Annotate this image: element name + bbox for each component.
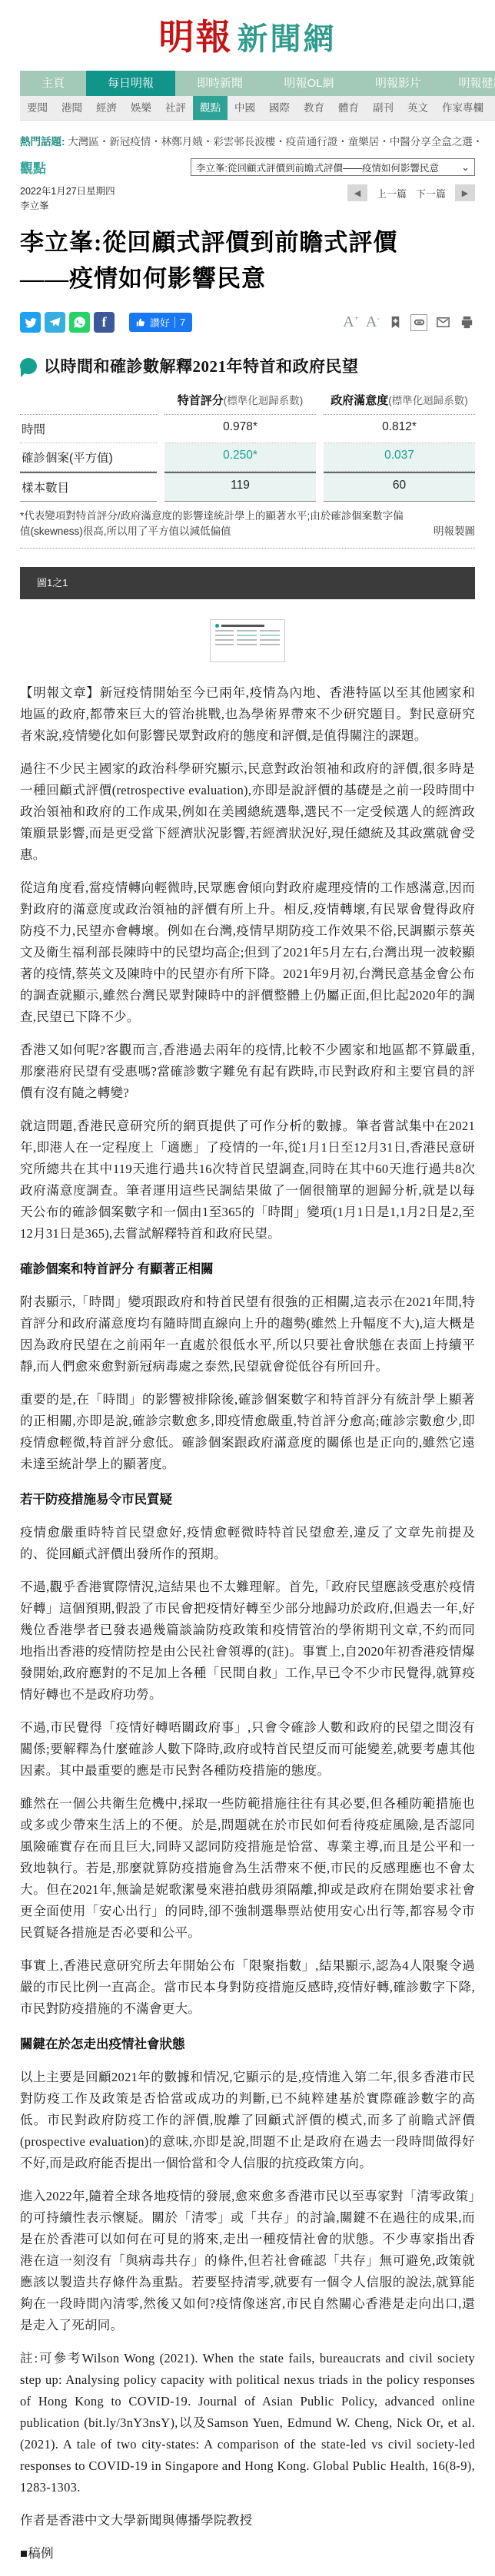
paragraph: 就這問題,香港民意研究所的網頁提供了可作分析的數據。筆者嘗試集中在2021年,即… [20,1116,475,1245]
print-button[interactable] [458,314,475,331]
figure-caption-bar: 圖1之1 [20,567,475,599]
main-nav: 主頁 每日明報 即時新聞 明報OL網 明報影片 明報健康網 [20,71,495,96]
paragraph: 疫情愈嚴重時特首民望愈好,疫情愈輕微時特首民望愈差,違反了文章先前提及的、從回顧… [20,1522,475,1565]
font-decrease-button[interactable]: A- [366,313,380,331]
hot-topics-links[interactable]: 大灣區・新冠疫情・林鄭月娥・彩雲邨長波樓・疫苗通行證・童樂居・中醫分享全盒之選・… [68,136,481,148]
headline-line2: ——疫情如何影響民意 [20,260,475,297]
nav-item-video[interactable]: 明報影片 [354,71,443,96]
hot-topics-label: 熱門話題: [20,136,65,148]
subheading-measures-doubt: 若干防疫措施易令市民質疑 [20,1489,475,1510]
article-select-value: 李立峯:從回顧式評價到前瞻式評價——疫情如何影響民意 [196,161,439,174]
cell-cases-gov: 0.037 [324,443,475,472]
section-title: 觀點 [20,157,46,177]
thumbs-up-icon [136,317,146,327]
cell-cases-ce: 0.250* [164,443,316,472]
subnav-item-editorial[interactable]: 社評 [158,96,193,120]
article-headline: 李立峯:從回顧式評價到前瞻式評價 ——疫情如何影響民意 [20,224,475,297]
paragraph: 重要的是,在「時間」的影響被排除後,確診個案數字和特首評分有統計學上顯著的正相關… [20,1389,475,1475]
subheading-positive-correlation: 確診個案和特首評分 有顯著正相關 [20,1258,475,1280]
paragraph: 【明報文章】新冠疫情開始至今已兩年,疫情為內地、香港特區以至其他國家和地區的政府… [20,682,475,747]
subnav-item-supplement[interactable]: 副刊 [366,96,400,120]
whatsapp-icon [73,316,86,329]
subnav-item-china[interactable]: 中國 [228,96,262,120]
footnote-text: *代表變項對特首評分/政府滿意度的影響達統計學上的顯著水平;由於確診個案數字偏值… [20,509,411,539]
article-tools: A+ A- [343,313,475,331]
cell-time-ce: 0.978* [164,415,316,443]
facebook-share-button[interactable]: f [94,312,115,333]
paragraph: 香港又如何呢?客觀而言,香港過去兩年的疫情,比較不少國家和地區都不算嚴重,那麼港… [20,1039,475,1104]
telegram-share-button[interactable] [45,312,65,333]
nav-item-health[interactable]: 明報健康網 [443,71,495,96]
meta-row: 2022年1月27日星期四 李立峯 ◀ 上一篇 下一篇 ▶ [20,184,475,214]
article-date: 2022年1月27日星期四 [20,184,115,199]
paragraph: 從這角度看,當疫情轉向輕微時,民眾應會傾向對政府處理疫情的工作感滿意,因而對政府… [20,877,475,1028]
figure-title-row: 以時間和確診數解釋2021年特首和政府民望 [20,354,475,377]
subheading-exit-pandemic-state: 關鍵在於怎走出疫情社會狀態 [20,2034,475,2055]
author-byline: 作者是香港中文大學新聞與傳播學院教授 [20,2510,475,2531]
paragraph: 過往不少民主國家的政治科學研究顯示,民意對政治領袖和政府的評價,很多時是一種回顧… [20,758,475,866]
figure-thumbnail[interactable] [210,619,285,662]
nav-item-ol-net[interactable]: 明報OL網 [264,71,354,96]
figure-caption-label: 圖1之1 [37,577,68,588]
thumbnail-title-row [215,624,280,628]
cell-sample-gov: 60 [324,472,475,502]
share-row: f 讚好 7 A+ A- [20,312,475,333]
cell-sample-ce: 119 [164,472,316,502]
like-count: 7 [174,317,185,328]
speech-bubble-icon [20,358,37,374]
paragraph: 不過,觀乎香港實際情況,這結果也不太難理解。首先,「政府民望應該受惠於疫情好轉」… [20,1576,475,1706]
end-mark: ■稿例 [20,2543,475,2564]
twitter-icon [24,316,37,329]
copy-link-button[interactable] [410,314,427,331]
thumbnail-bubble-icon [215,624,219,628]
printer-icon [460,315,474,330]
bookmark-add-button[interactable] [387,314,404,331]
article-body: 【明報文章】新冠疫情開始至今已兩年,疫情為內地、香港特區以至其他國家和地區的政府… [20,682,475,2564]
telegram-icon [48,316,61,329]
table-corner-cell [20,386,157,415]
section-row: 觀點 李立峯:從回顧式評價到前瞻式評價——疫情如何影響民意 ⌄ [20,157,475,177]
subnav-item-sports[interactable]: 體育 [331,96,366,120]
bookmark-plus-icon [388,315,403,330]
subnav-item-top-news[interactable]: 要聞 [20,96,55,120]
paragraph: 進入2022年,隨着全球各地疫情的發展,愈來愈多香港市民以至專家對「清零政策」的… [20,2186,475,2336]
figure-table: 以時間和確診數解釋2021年特首和政府民望 特首評分(標準化迴歸系數) 政府滿意… [20,354,475,549]
facebook-icon: f [102,314,107,330]
like-label: 讚好 [150,315,170,330]
whatsapp-share-button[interactable] [69,312,90,333]
article-meta: 2022年1月27日星期四 李立峯 [20,184,115,214]
prev-arrow-icon[interactable]: ◀ [347,184,367,201]
row-label-cases: 確診個案(平方值) [20,443,157,472]
paragraph: 附表顯示,「時間」變項跟政府和特首民望有很強的正相關,這表示在2021年間,特首… [20,1291,475,1378]
pager: ◀ 上一篇 下一篇 ▶ [347,184,475,201]
next-article-button[interactable]: 下一篇 [416,186,446,201]
figure-title: 以時間和確診數解釋2021年特首和政府民望 [44,354,359,377]
masthead: 明報新聞網 [0,0,495,71]
figure-credit: 明報製圖 [434,524,475,539]
headline-line1: 李立峯:從回顧式評價到前瞻式評價 [20,224,475,260]
nav-item-instant-news[interactable]: 即時新聞 [175,71,264,96]
prev-article-button[interactable]: 上一篇 [377,186,407,201]
subnav-item-economy[interactable]: 經濟 [89,96,124,120]
subnav-item-international[interactable]: 國際 [262,96,297,120]
row-label-sample: 樣本數目 [20,472,157,502]
next-arrow-icon[interactable]: ▶ [455,184,475,201]
article-select[interactable]: 李立峯:從回顧式評價到前瞻式評價——疫情如何影響民意 ⌄ [191,158,475,176]
email-icon [436,315,450,330]
paragraph: 事實上,香港民意研究所去年開始公布「限聚指數」,結果顯示,認為4人限聚令過嚴的市… [20,1955,475,2020]
article-author: 李立峯 [20,199,115,214]
column-header-gov-satisfaction: 政府滿意度(標準化迴歸系數) [324,386,475,415]
paragraph: 以上主要是回顧2021年的數據和情况,它顯示的是,疫情進入第二年,很多香港市民對… [20,2067,475,2174]
subnav-item-columnists[interactable]: 作家專欄 [435,96,490,120]
site-logo[interactable]: 明報新聞網 [159,39,337,52]
email-button[interactable] [434,314,451,331]
footnote-references: 註:可參考Wilson Wong (2021). When the state … [20,2348,475,2498]
subnav-item-english[interactable]: 英文 [400,96,435,120]
column-header-ce-rating: 特首評分(標準化迴歸系數) [164,386,316,415]
logo-mingpao: 明報 [159,18,233,57]
thumbnail-table-rows [215,630,280,645]
figure-footnote: *代表變項對特首評分/政府滿意度的影響達統計學上的顯著水平;由於確診個案數字偏值… [20,502,475,549]
chevron-down-icon: ⌄ [461,164,470,171]
link-icon [412,315,427,330]
hot-topics-row: 熱門話題: 大灣區・新冠疫情・林鄭月娥・彩雲邨長波樓・疫苗通行證・童樂居・中醫分… [20,133,481,148]
subnav-item-opinion[interactable]: 觀點 [193,96,228,120]
subnav-item-hk-news[interactable]: 港聞 [55,96,89,120]
nav-item-home[interactable]: 主頁 [20,71,86,96]
regression-table: 特首評分(標準化迴歸系數) 政府滿意度(標準化迴歸系數) 時間 0.978* 0… [20,386,475,502]
subnav-item-education[interactable]: 教育 [297,96,331,120]
subnav-item-legco[interactable]: 立法會 [490,96,495,120]
subnav-item-entertainment[interactable]: 娛樂 [124,96,158,120]
logo-news-net: 新聞網 [238,22,337,56]
nav-item-daily-mingpao[interactable]: 每日明報 [86,71,175,96]
twitter-share-button[interactable] [20,312,41,333]
like-button[interactable]: 讚好 7 [129,313,192,332]
cell-time-gov: 0.812* [324,415,475,443]
font-increase-button[interactable]: A+ [343,313,359,331]
row-label-time: 時間 [20,415,157,443]
paragraph: 雖然在一個公共衛生危機中,採取一些防範措施往往有其必要,但各種防範措施也或多或少… [20,1793,475,1944]
paragraph: 不過,市民覺得「疫情好轉唔關政府事」,只會令確診人數和政府的民望之間沒有關係;要… [20,1717,475,1782]
sub-nav: 要聞 港聞 經濟 娛樂 社評 觀點 中國 國際 教育 體育 副刊 英文 作家專欄… [20,96,495,121]
